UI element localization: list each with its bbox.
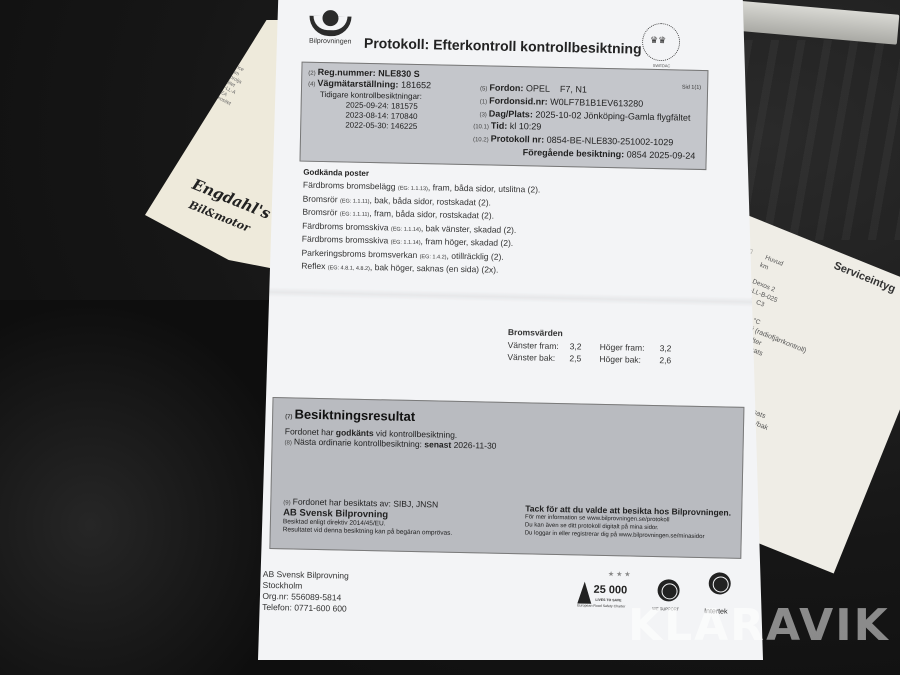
brake-values-title: Bromsvärden (508, 327, 672, 340)
vin: (1)Fordonsid.nr: W0LF7B1B1EV613280 (480, 95, 644, 108)
previous-inspection-3: 2022-05-30: 146225 (345, 120, 417, 131)
protocol-number: (10.2)Protokoll nr: 0854-BE-NLE830-25100… (473, 133, 673, 147)
intertek-globe-icon (709, 572, 731, 594)
previous-inspection-2: 2023-08-14: 170840 (345, 110, 417, 121)
brake-value-row: Vänster bak:2,5Höger bak:2,6 (507, 351, 671, 366)
document-title: Protokoll: Efterkontroll kontrollbesiktn… (364, 35, 642, 57)
seat-left (0, 300, 300, 675)
approved-items-section: Godkända poster Färdbroms bromsbelägg (E… (301, 168, 541, 279)
previous-inspection-1: 2025-09-24: 181575 (346, 100, 418, 111)
previous-inspection: Föregående besiktning: 0854 2025-09-24 (523, 147, 696, 161)
inspection-result-box: (7)Besiktningsresultat Fordonet har godk… (269, 397, 744, 559)
swedac-seal-icon: ♛♛ (642, 23, 681, 62)
company-footer: AB Svensk Bilprovning Stockholm Org.nr: … (262, 569, 349, 615)
paper-fold (259, 287, 764, 308)
thank-you-note: Tack för att du valde att besikta hos Bi… (525, 503, 731, 541)
inspector-info: (9)Fordonet har besiktats av: SIBJ, JNSN… (283, 496, 453, 538)
page-number: Sid 1(1) (682, 85, 701, 91)
odometer: (4)Vägmätarställning: 181652 (308, 78, 431, 91)
vehicle-info-box: Sid 1(1) (2)Reg.nummer: NLE830 S (4)Vägm… (299, 62, 708, 171)
inspection-time: (10.1)Tid: kl 10:29 (473, 120, 541, 131)
vehicle-make: (5)Fordon: OPEL F7, N1 (480, 82, 587, 94)
road-icon (577, 581, 591, 603)
global-compact-globe-icon (657, 579, 679, 601)
result-title: (7)Besiktningsresultat (285, 406, 415, 424)
brake-values-section: Bromsvärden Vänster fram:3,2Höger fram:3… (507, 327, 672, 366)
brand-name: Bilprovningen (309, 38, 352, 46)
inspection-protocol: Bilprovningen Protokoll: Efterkontroll k… (258, 0, 763, 660)
bilprovningen-logo: Bilprovningen (309, 10, 352, 51)
footer-phone: Telefon: 0771-600 600 (262, 602, 348, 615)
klaravik-watermark: KLARAVIK (628, 600, 890, 651)
previous-inspections-label: Tidigare kontrollbesiktningar: (320, 90, 422, 101)
stars-icon: ★ ★ ★ (608, 570, 631, 578)
next-inspection: (8)Nästa ordinarie kontrollbesiktning: s… (285, 436, 497, 450)
